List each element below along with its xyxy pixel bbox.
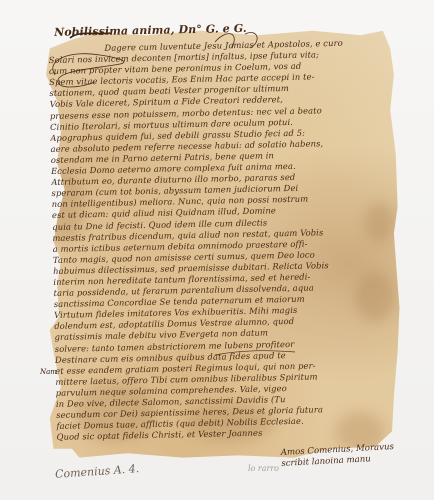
margin-note: Nam xyxy=(40,368,57,376)
faint-archive-note: lo rarro xyxy=(248,464,279,473)
letter-body: Nobilissima anima, Dn° G. e G. Dagere cu… xyxy=(48,19,387,443)
